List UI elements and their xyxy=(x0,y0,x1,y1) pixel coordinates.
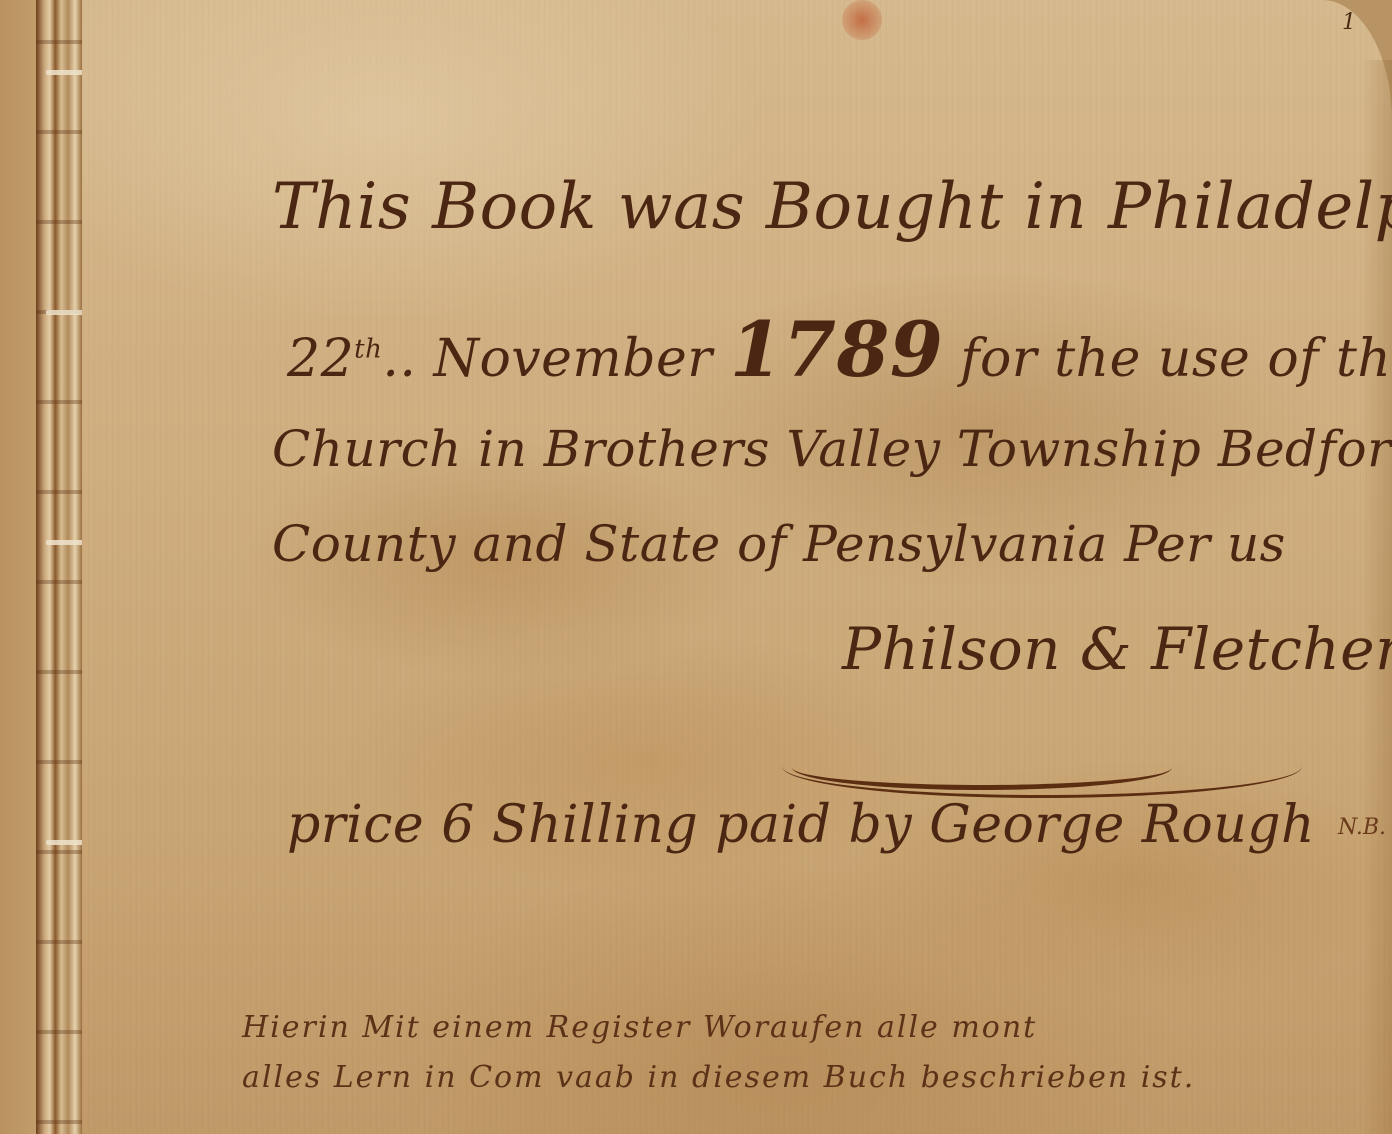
german-line-1: Hierin Mit einem Register Woraufen alle … xyxy=(242,1010,1037,1045)
inscription-line-3: Church in Brothers Valley Township Bedfo… xyxy=(272,420,1392,478)
purpose-text: for the use of the Lutherian xyxy=(960,329,1392,389)
date-year: 1789 xyxy=(730,305,944,394)
inscription-line-6: price 6 Shilling paid by George Rough xyxy=(287,795,1315,855)
manuscript-page: 1 This Book was Bought in Philadelphia 2… xyxy=(82,0,1392,1134)
german-line-2: alles Lern in Com vaab in diesem Buch be… xyxy=(242,1060,1195,1095)
underline-flourish xyxy=(792,745,1172,790)
inscription-line-1: This Book was Bought in Philadelphia xyxy=(272,170,1392,244)
date-month: November xyxy=(433,329,712,389)
margin-note: N.B. xyxy=(1338,815,1386,840)
date-day: 22 xyxy=(287,329,354,389)
red-stain xyxy=(842,0,882,40)
inscription-line-4: County and State of Pensylvania Per us xyxy=(272,515,1286,573)
page-number: 1 xyxy=(1342,10,1356,35)
book-spine-binding xyxy=(36,0,84,1134)
signature: Philson & Fletcher xyxy=(842,615,1392,683)
date-suffix: th xyxy=(354,335,382,365)
inscription-line-2: 22th.. November 1789 for the use of the … xyxy=(287,305,1392,394)
